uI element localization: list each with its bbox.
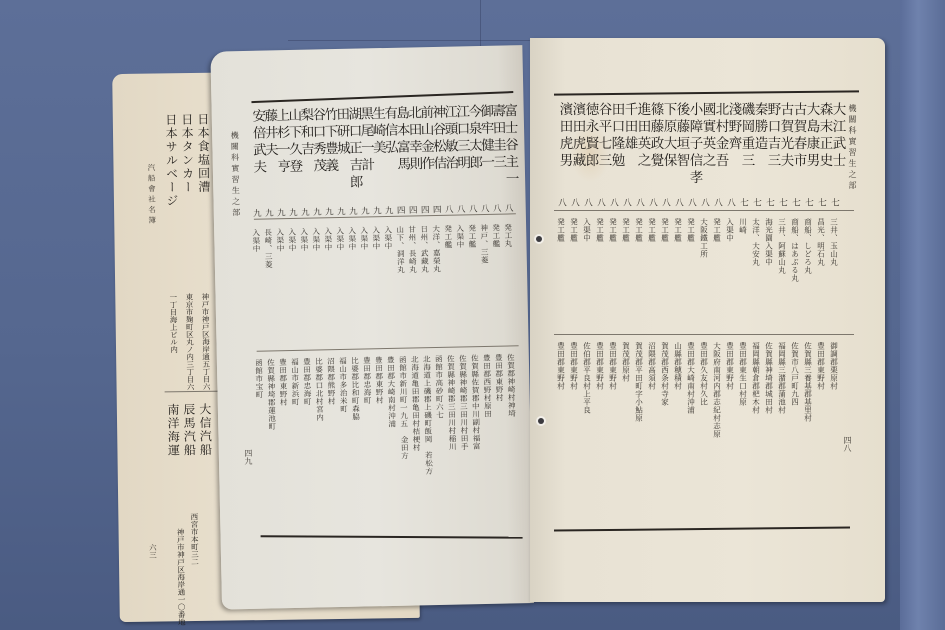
entry-age: 四 <box>420 205 429 214</box>
entry-address: 福岡縣三潴郡蒲池村 <box>778 342 786 414</box>
entry-age: 八 <box>480 204 489 213</box>
page-number: 四八 <box>842 436 853 452</box>
entry-age: 八 <box>687 198 696 207</box>
entry-status: 神戸、三菱 <box>480 224 488 264</box>
entry-status: 入渠中 <box>276 228 284 252</box>
entry-age: 八 <box>596 198 605 207</box>
left-page: 機關科實習生之部 富士谷主一八発工丸佐賀郡神崎村神埼壽田圭三八発工艦豊田郡東野村… <box>210 45 534 609</box>
company-name: 日本サルベージ <box>165 113 178 208</box>
entry-status: 日州、武藏丸 <box>420 225 429 273</box>
entry-address: 沼隈郡熊野村 <box>327 357 336 405</box>
entry-age: 九 <box>384 206 393 215</box>
entry-status: 発工艦 <box>635 218 643 242</box>
entry-age: 四 <box>396 206 405 215</box>
entry-age: 九 <box>276 208 285 217</box>
company-name: 辰馬汽船 <box>183 403 196 457</box>
entry-status: 大阪鐵工所 <box>700 218 708 258</box>
entry-status: 入渠中 <box>300 228 308 252</box>
entry-status: 入渠中 <box>360 226 368 250</box>
binding-hole <box>536 236 542 242</box>
entry-age: 七 <box>817 198 826 207</box>
entry-status: 発工艦 <box>661 218 669 242</box>
entry-age: 九 <box>372 206 381 215</box>
entry-status: 入渠中 <box>348 227 356 251</box>
entry-age: 八 <box>504 203 513 212</box>
entry-status: 山下、洞洋丸 <box>396 226 405 274</box>
entry-address: 佐賀市八戸町九四 <box>791 342 799 406</box>
entry-age: 九 <box>348 207 357 216</box>
entry-age: 八 <box>609 198 618 207</box>
entry-status: 発工艦 <box>570 218 578 242</box>
entry-age: 九 <box>300 208 309 217</box>
entry-status: 商船、はあぶる丸 <box>791 218 799 282</box>
entry-age: 九 <box>252 209 261 218</box>
entry-age: 八 <box>492 204 501 213</box>
entry-status: 入渠中 <box>312 227 320 251</box>
entry-status: 発工艦 <box>713 218 721 242</box>
entry-age: 七 <box>752 198 761 207</box>
entry-address: 函館市高砂町六七 <box>435 355 444 419</box>
entry-age: 七 <box>778 198 787 207</box>
entry-age: 四 <box>432 205 441 214</box>
entry-age: 八 <box>700 198 709 207</box>
entry-status: 発工艦 <box>492 224 500 248</box>
entry-status: 発工艦 <box>596 218 604 242</box>
entry-status: 入渠中 <box>726 218 734 242</box>
entry-address: 沼隈郡高須村 <box>648 342 656 390</box>
entry-status: 商船、しどろ丸 <box>804 218 812 274</box>
entry-age: 八 <box>570 198 579 207</box>
entry-address: 豊田郡東野村 <box>279 358 288 406</box>
entry-address: 豊田郡東野村 <box>557 342 565 390</box>
entry-address: 豊田郡忠海町 <box>303 358 312 406</box>
entry-status: 発工艦 <box>609 218 617 242</box>
entry-status: 三井、阿蘇山丸 <box>778 218 786 274</box>
entry-age: 八 <box>661 198 670 207</box>
entry-age: 八 <box>726 198 735 207</box>
back-header-label: 汽船會社名簿 <box>147 164 155 227</box>
entry-status: 入渠中 <box>324 227 332 251</box>
entry-status: 大洋、嘉榮丸 <box>432 225 441 273</box>
entry-age: 九 <box>324 207 333 216</box>
entry-address: 豊田郡大崎南村沖浦 <box>687 342 695 414</box>
entry-name: 濱田虎男 <box>557 102 571 170</box>
entry-address: 函館市宝町 <box>255 359 263 399</box>
entry-age: 七 <box>765 198 774 207</box>
entry-age: 九 <box>264 208 273 217</box>
entry-age: 八 <box>713 198 722 207</box>
entry-age: 八 <box>622 198 631 207</box>
entry-address: 佐賀縣神崎郡三田川村田手 <box>459 354 469 450</box>
page-number: 六三 <box>149 544 157 559</box>
entry-address: 佐賀縣神埼郡城田村 <box>765 342 773 414</box>
entry-age: 八 <box>648 198 657 207</box>
divider <box>165 391 225 393</box>
entry-address: 北海道上磯郡上磯町飯岡 若松方 <box>423 355 433 475</box>
entry-status: 海光園入渠中 <box>765 218 773 266</box>
entry-address: 賀茂郡原村 <box>622 342 630 382</box>
entry-status: 入渠中 <box>288 228 296 252</box>
entry-address: 豊田郡東野村 <box>726 342 734 390</box>
entry-age: 八 <box>456 204 465 213</box>
entry-address: 福山市新浜町 <box>291 358 300 406</box>
entry-status: 甘州、長崎丸 <box>408 225 417 273</box>
entry-address: 北海道亀田郡亀田村桔梗村 <box>411 355 421 451</box>
entry-status: 発工艦 <box>444 225 452 249</box>
entry-address: 豊田郡東野村 <box>495 354 504 402</box>
entry-status: 発工艦 <box>687 218 695 242</box>
entry-status: 昌光、明石丸 <box>817 218 825 266</box>
entry-status: 入渠中 <box>456 224 464 248</box>
section-label: 機關科實習生之部 <box>230 131 240 219</box>
entry-address: 福岡縣朝倉郡杷木村 <box>752 342 760 414</box>
entry-age: 八 <box>444 205 453 214</box>
entry-status: 入渠中 <box>372 226 380 250</box>
company-address: 東京市麹町区丸ノ内三丁目六 <box>185 293 194 391</box>
bottom-rule <box>554 526 850 531</box>
entry-status: 入渠中 <box>336 227 344 251</box>
company-address: 西宮市本町三二 <box>190 513 198 566</box>
entry-address: 佐賀縣神埼郡蓮池町 <box>267 358 276 430</box>
entry-status: 太洋、大安丸 <box>752 218 760 266</box>
company-name: 大信汽船 <box>199 403 212 457</box>
right-page: 機關科實習生之部 大江武士七三井、玉山丸御調郡栗原村森末正史七昌光、明石丸豊田郡… <box>530 38 885 602</box>
entry-address: 豊田郡東野村 <box>596 342 604 390</box>
entry-status: 川崎 <box>739 218 747 234</box>
entry-status: 発工艦 <box>468 224 476 248</box>
company-address: 神戸市神戸区海岸通一〇番地 <box>177 528 186 626</box>
binding-hole <box>538 418 544 424</box>
entry-status: 発工艦 <box>622 218 630 242</box>
entry-address: 豊田郡東野村 <box>609 342 617 390</box>
page-number: 四九 <box>243 449 254 465</box>
entry-address: 豊田郡東生口村原 <box>739 342 747 406</box>
entry-address: 豊田郡久友村久比 <box>700 342 708 406</box>
age-rule <box>554 210 854 211</box>
section-label: 機關科實習生之部 <box>848 104 856 192</box>
entry-age: 七 <box>804 198 813 207</box>
entry-address: 豊田郡東野村 <box>817 342 825 390</box>
entry-age: 九 <box>312 207 321 216</box>
address-rule <box>554 334 854 335</box>
entry-age: 七 <box>739 198 748 207</box>
bottom-rule <box>261 535 523 538</box>
entry-status: 入渠中 <box>583 218 591 242</box>
entry-age: 八 <box>583 198 592 207</box>
entry-address: 山縣郡穂積村 <box>674 342 682 390</box>
entry-age: 九 <box>360 206 369 215</box>
entry-status: 入渠中 <box>384 226 392 250</box>
entry-age: 八 <box>674 198 683 207</box>
entry-age: 七 <box>830 198 839 207</box>
entry-address: 福山市多治米町 <box>339 357 348 413</box>
company-name: 南洋海運 <box>167 403 180 457</box>
entry-age: 九 <box>288 208 297 217</box>
entry-status: 入渠中 <box>252 229 260 253</box>
entry-address: 比婆郡口北村宮内 <box>315 357 324 421</box>
entry-age: 八 <box>635 198 644 207</box>
entry-address: 豊田郡西野村原田 <box>483 354 492 418</box>
entry-address: 比婆郡比和町森脇 <box>351 357 360 421</box>
entry-address: 佐賀縣佐賀郡中川副村福富 <box>471 354 481 450</box>
entry-address: 豊田郡大崎南村沖浦 <box>387 356 396 428</box>
company-address: 一丁目海上ビル内 <box>169 293 177 353</box>
entry-age: 八 <box>557 198 566 207</box>
entry-status: 長崎、三菱 <box>264 228 272 268</box>
entry-address: 佐伯郡平良村上平良 <box>583 342 591 414</box>
entry-address: 御調郡栗原村 <box>830 342 838 390</box>
entry-address: 大阪府南河内郡志紀村志原 <box>713 342 721 438</box>
entry-status: 発工艦 <box>648 218 656 242</box>
entry-address: 佐賀縣三養基郡基里村 <box>804 342 812 422</box>
entry-age: 四 <box>408 205 417 214</box>
entry-status: 発工艦 <box>674 218 682 242</box>
entry-name: 安倍武夫 <box>250 109 265 177</box>
entry-address: 豊田郡東野村 <box>570 342 578 390</box>
entry-address: 豊田郡忠海町 <box>363 356 372 404</box>
entry-address: 函館市新川町一九五 金田方 <box>399 356 409 460</box>
entry-address: 佐賀郡神崎村神埼 <box>507 353 516 417</box>
backdrop-panel <box>900 0 945 630</box>
entry-age: 八 <box>468 204 477 213</box>
entry-age: 七 <box>791 198 800 207</box>
address-rule <box>257 345 519 351</box>
company-address: 神戸市神戸区海岸通五丁目六 <box>201 293 210 391</box>
entry-address: 豊田郡東野村 <box>375 356 384 404</box>
entry-address: 賀茂郡平田町字小鮎原 <box>635 342 643 422</box>
top-rule <box>554 90 859 95</box>
entry-status: 発工丸 <box>504 223 512 247</box>
top-rule <box>251 91 513 103</box>
entry-age: 九 <box>336 207 345 216</box>
entry-status: 発工艦 <box>557 218 565 242</box>
company-name: 日本食塩回漕 <box>197 113 210 194</box>
entry-status: 三井、玉山丸 <box>830 218 838 266</box>
entry-address: 佐賀縣神崎郡三田川村稲川 <box>447 355 457 451</box>
company-name: 日本タンカー <box>181 113 194 194</box>
entry-address: 賀茂郡西条村寺家 <box>661 342 669 406</box>
